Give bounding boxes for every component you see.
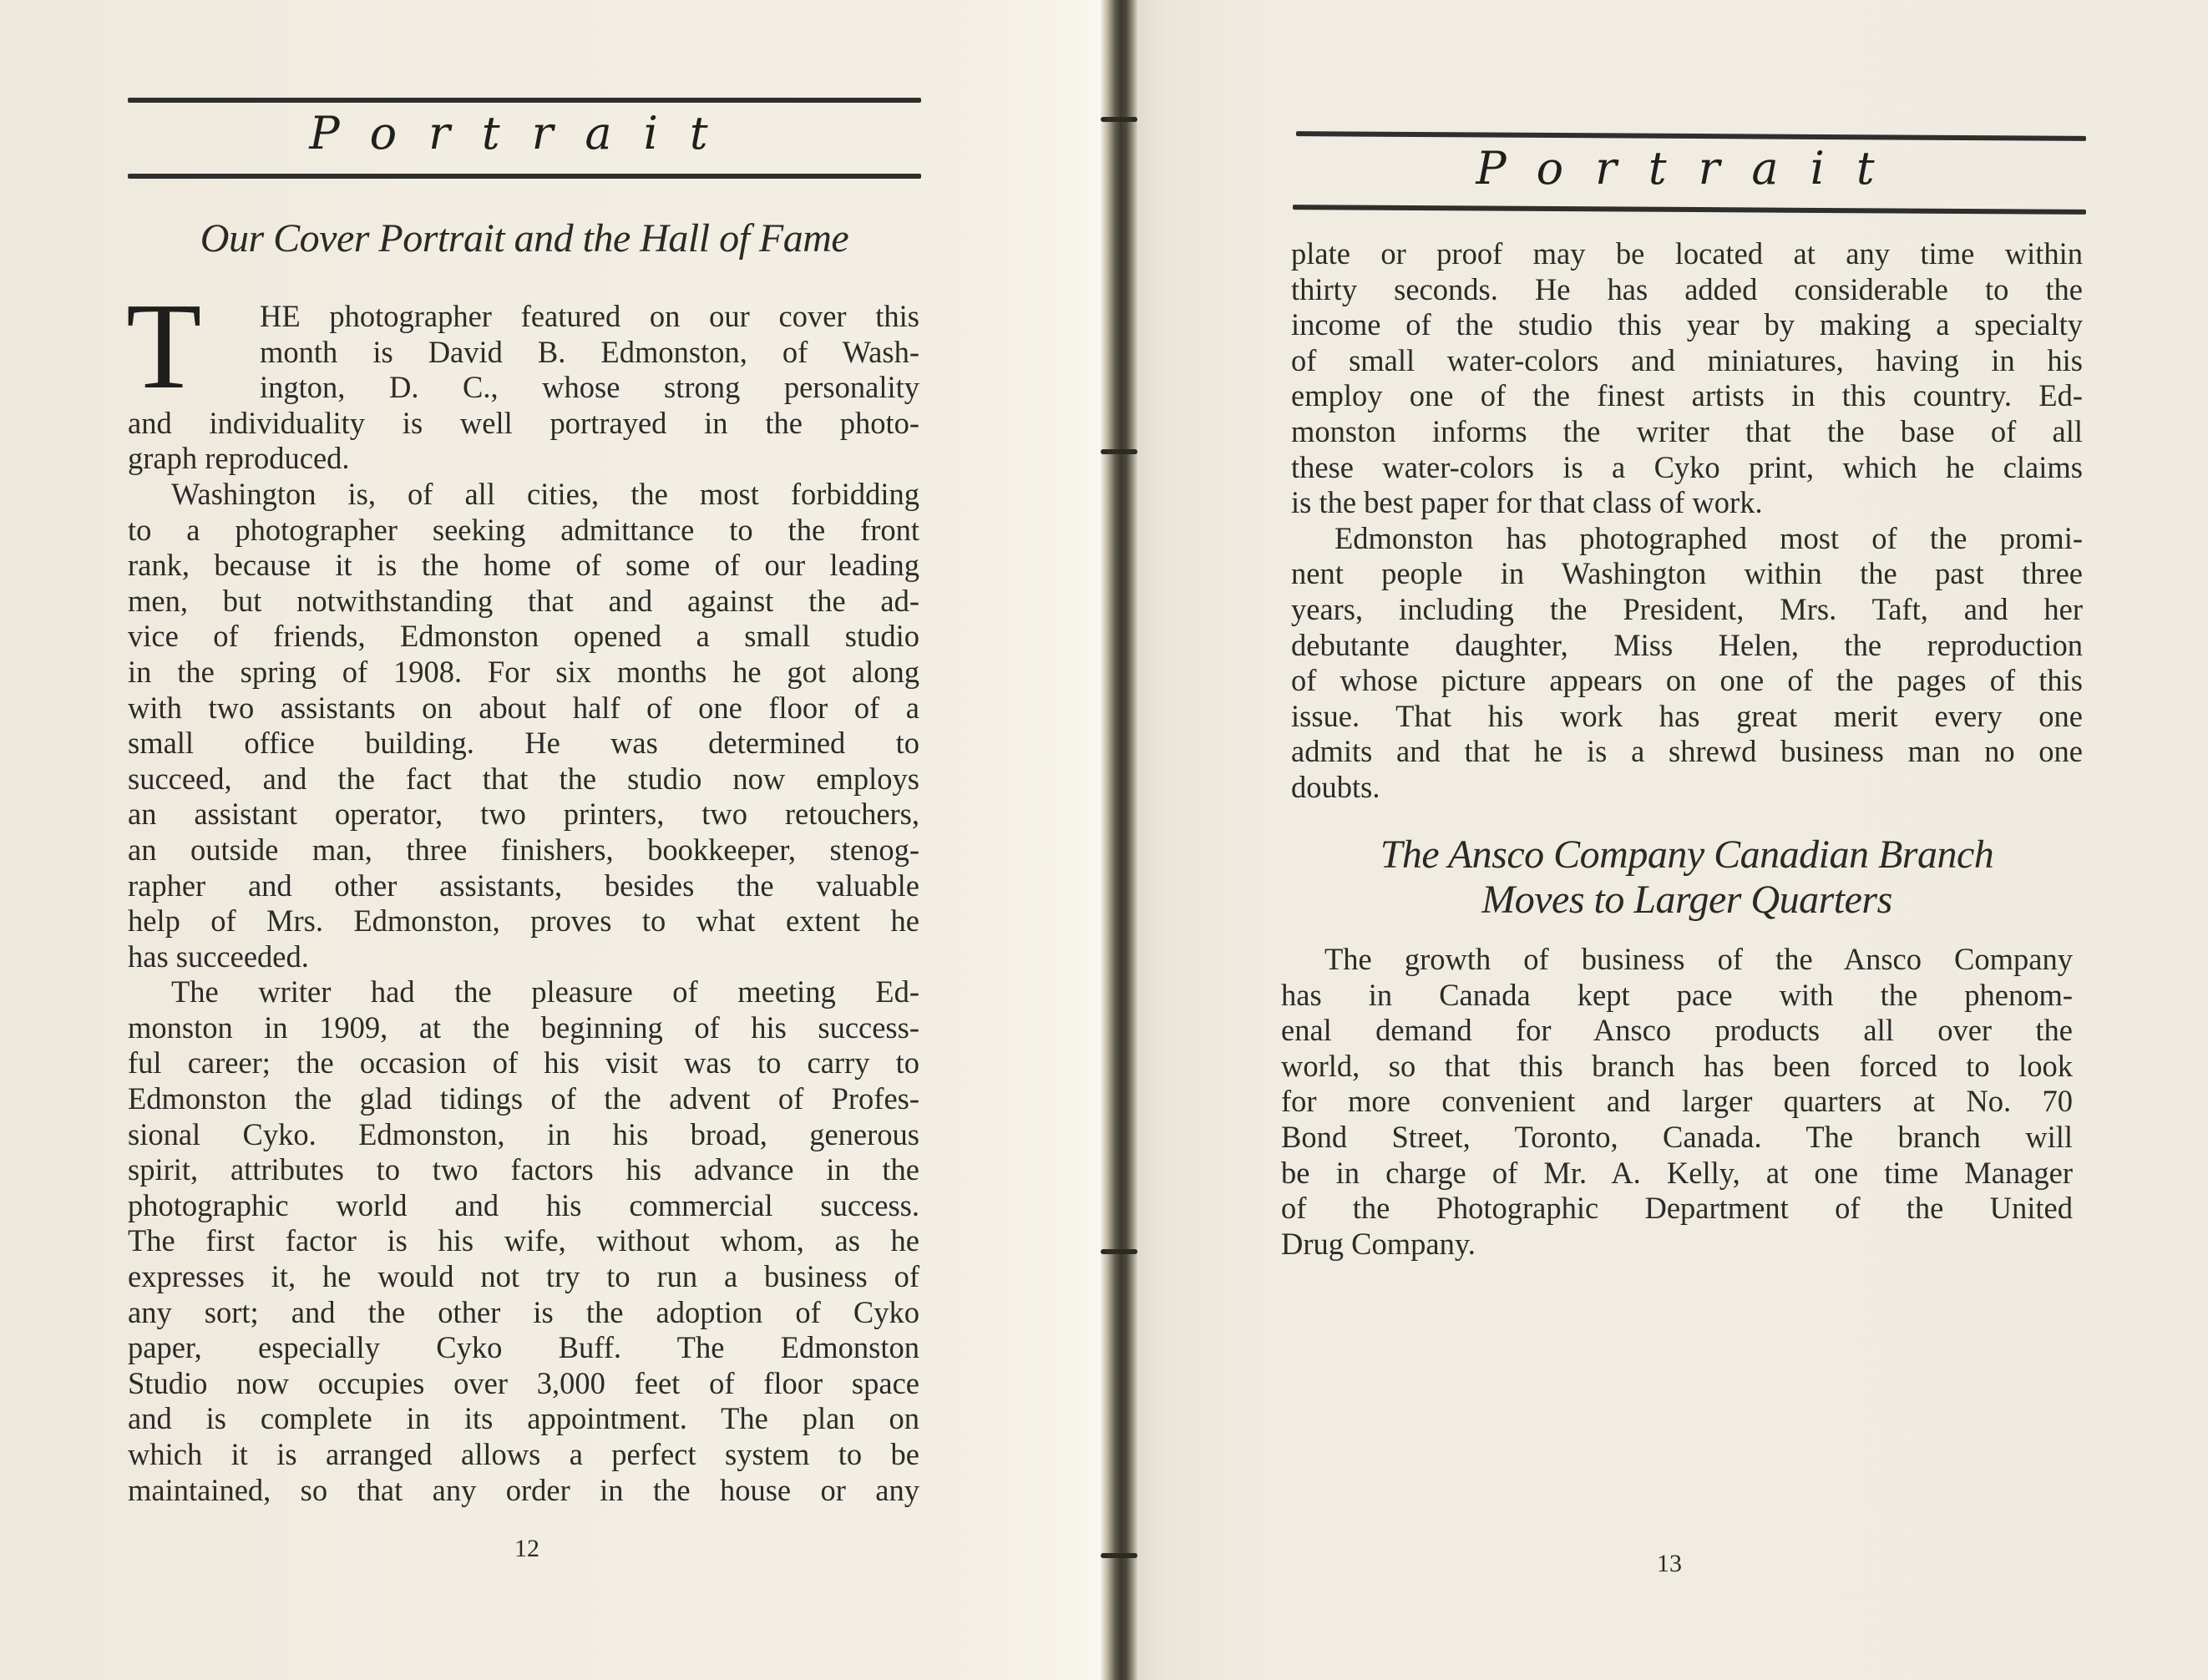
body-line: small office building. He was determined…	[128, 726, 919, 762]
binding-stitch	[1101, 117, 1137, 122]
article-title: Our Cover Portrait and the Hall of Fame	[128, 215, 921, 261]
body-line: enal demand for Ansco products all over …	[1281, 1013, 2073, 1049]
body-line: these water-colors is a Cyko print, whic…	[1291, 450, 2083, 486]
body-line: ington, D. C., whose strong personality	[128, 370, 919, 406]
body-line: graph reproduced.	[128, 441, 919, 477]
body-line: Washington is, of all cities, the most f…	[128, 477, 919, 513]
body-line: to a photographer seeking admittance to …	[128, 513, 919, 549]
body-line: HE photographer featured on our cover th…	[128, 299, 919, 335]
right-body-column: plate or proof may be located at any tim…	[1291, 236, 2083, 806]
body-line: photographic world and his commercial su…	[128, 1188, 919, 1224]
body-line: maintained, so that any order in the hou…	[128, 1473, 919, 1509]
left-body-column: T HE photographer featured on our cover …	[128, 299, 919, 1508]
body-line: of the Photographic Department of the Un…	[1281, 1191, 2073, 1227]
body-line: of small water-colors and miniatures, ha…	[1291, 343, 2083, 379]
body-line: income of the studio this year by making…	[1291, 307, 2083, 343]
body-line: of whose picture appears on one of the p…	[1291, 663, 2083, 699]
body-line: sional Cyko. Edmonston, in his broad, ge…	[128, 1117, 919, 1153]
body-line: The writer had the pleasure of meeting E…	[128, 974, 919, 1010]
body-line: spirit, attributes to two factors his ad…	[128, 1152, 919, 1188]
body-line: and is complete in its appointment. The …	[128, 1401, 919, 1437]
body-line: is the best paper for that class of work…	[1291, 485, 2083, 521]
body-line: month is David B. Edmonston, of Wash-	[128, 335, 919, 371]
second-article-title-line-2: Moves to Larger Quarters	[1291, 877, 2083, 923]
body-line: Studio now occupies over 3,000 feet of f…	[128, 1366, 919, 1402]
page-number: 13	[1657, 1550, 1682, 1578]
body-line: rapher and other assistants, besides the…	[128, 868, 919, 904]
body-line: admits and that he is a shrewd business …	[1291, 734, 2083, 770]
masthead-title: Portrait	[128, 107, 921, 159]
body-line: The first factor is his wife, without wh…	[128, 1223, 919, 1259]
body-line: with two assistants on about half of one…	[128, 691, 919, 726]
body-line: Drug Company.	[1281, 1227, 2073, 1263]
binding-stitch	[1101, 449, 1137, 454]
body-line: an assistant operator, two printers, two…	[128, 797, 919, 832]
body-line: vice of friends, Edmonston opened a smal…	[128, 619, 919, 655]
body-line: nent people in Washington within the pas…	[1291, 556, 2083, 592]
second-article-title-line-1: The Ansco Company Canadian Branch	[1291, 832, 2083, 878]
body-line: which it is arranged allows a perfect sy…	[128, 1437, 919, 1473]
body-line: an outside man, three finishers, bookkee…	[128, 832, 919, 868]
body-line: employ one of the finest artists in this…	[1291, 378, 2083, 414]
body-line: expresses it, he would not try to run a …	[128, 1259, 919, 1295]
body-line: in the spring of 1908. For six months he…	[128, 655, 919, 691]
body-line: men, but notwithstanding that and agains…	[128, 584, 919, 620]
body-line: plate or proof may be located at any tim…	[1291, 236, 2083, 272]
page-number: 12	[514, 1535, 539, 1563]
body-line: Edmonston has photographed most of the p…	[1291, 521, 2083, 557]
body-line: succeed, and the fact that the studio no…	[128, 762, 919, 797]
body-line: doubts.	[1291, 770, 2083, 806]
body-line: be in charge of Mr. A. Kelly, at one tim…	[1281, 1156, 2073, 1192]
body-line: Bond Street, Toronto, Canada. The branch…	[1281, 1120, 2073, 1156]
body-line: has in Canada kept pace with the phenom-	[1281, 978, 2073, 1014]
body-line: thirty seconds. He has added considerabl…	[1291, 272, 2083, 308]
body-line: help of Mrs. Edmonston, proves to what e…	[128, 903, 919, 939]
body-line: Edmonston the glad tidings of the advent…	[128, 1081, 919, 1117]
drop-cap: T	[126, 292, 201, 401]
second-article-body: The growth of business of the Ansco Comp…	[1281, 942, 2073, 1262]
body-line: issue. That his work has great merit eve…	[1291, 699, 2083, 735]
body-line: years, including the President, Mrs. Taf…	[1291, 592, 2083, 628]
binding-stitch	[1101, 1249, 1137, 1254]
body-line: paper, especially Cyko Buff. The Edmonst…	[128, 1330, 919, 1366]
body-line: monston in 1909, at the beginning of his…	[128, 1010, 919, 1046]
masthead-bottom-rule	[128, 174, 921, 179]
body-line: has succeeded.	[128, 939, 919, 975]
body-line: any sort; and the other is the adoption …	[128, 1295, 919, 1331]
body-line: monston informs the writer that the base…	[1291, 414, 2083, 450]
body-line: for more convenient and larger quarters …	[1281, 1084, 2073, 1120]
masthead-title: Portrait	[1296, 142, 2086, 195]
body-line: rank, because it is the home of some of …	[128, 548, 919, 584]
body-line: ful career; the occasion of his visit wa…	[128, 1045, 919, 1081]
body-line: debutante daughter, Miss Helen, the repr…	[1291, 628, 2083, 664]
binding-stitch	[1101, 1553, 1137, 1558]
body-line: and individuality is well portrayed in t…	[128, 406, 919, 442]
book-gutter	[1101, 0, 1137, 1680]
body-line: world, so that this branch has been forc…	[1281, 1049, 2073, 1085]
masthead-top-rule	[128, 98, 921, 103]
body-line: The growth of business of the Ansco Comp…	[1281, 942, 2073, 978]
